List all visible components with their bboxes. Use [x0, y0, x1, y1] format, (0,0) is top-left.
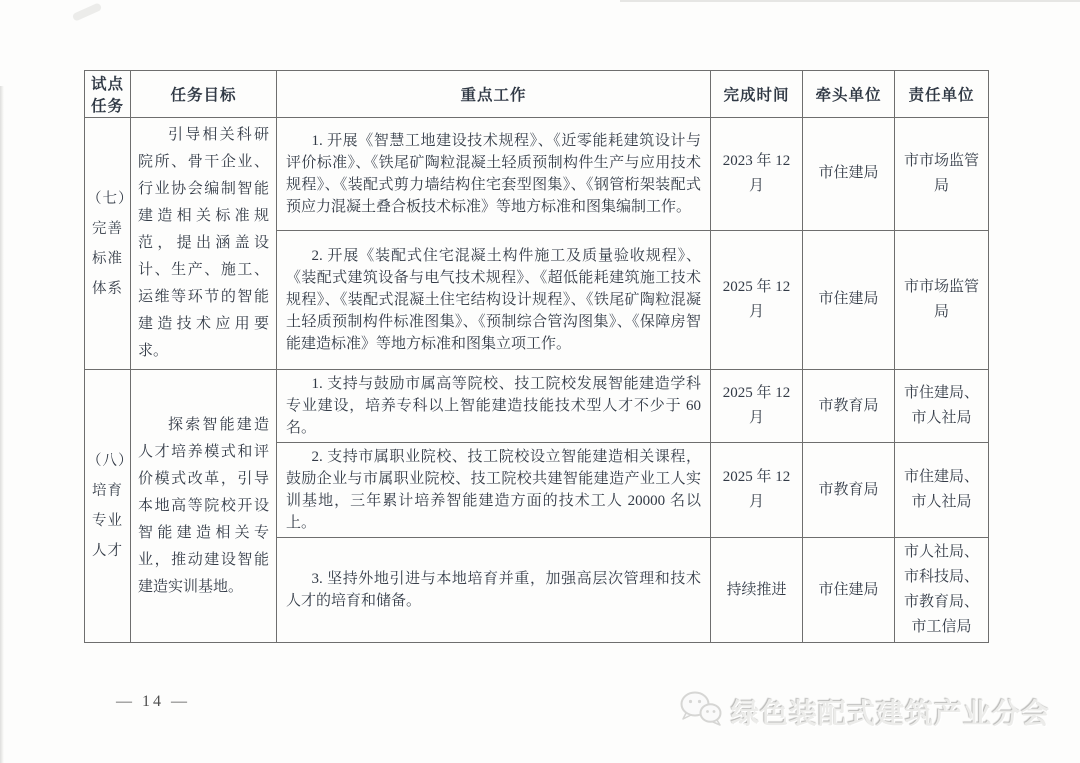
- header-lead-unit: 牵头单位: [803, 71, 895, 118]
- watermark: 绿色装配式建筑产业分会: [679, 690, 1050, 733]
- pilot-task-table: 试点任务 任务目标 重点工作 完成时间 牵头单位 责任单位 （七） 完善 标准 …: [84, 70, 989, 643]
- header-key-work: 重点工作: [277, 71, 711, 118]
- time-cell: 持续推进: [711, 538, 803, 643]
- responsible-unit-cell: 市住建局、市人社局: [895, 370, 989, 443]
- table-row: （八） 培育 专业 人才 探索智能建造人才培养模式和评价模式改革，引导本地高等院…: [85, 370, 989, 443]
- responsible-unit-cell: 市市场监管局: [895, 118, 989, 231]
- scan-edge-artifact: [0, 86, 4, 763]
- work-cell: 1. 支持与鼓励市属高等院校、技工院校发展智能建造学科专业建设，培养专科以上智能…: [277, 370, 711, 443]
- lead-unit-cell: 市教育局: [803, 370, 895, 443]
- responsible-unit-cell: 市住建局、市人社局: [895, 443, 989, 538]
- watermark-text: 绿色装配式建筑产业分会: [731, 692, 1050, 732]
- scanned-document-page: 试点任务 任务目标 重点工作 完成时间 牵头单位 责任单位 （七） 完善 标准 …: [0, 0, 1080, 763]
- responsible-unit-cell: 市市场监管局: [895, 230, 989, 369]
- scan-edge-artifact: [620, 0, 1080, 2]
- responsible-unit-cell: 市人社局、市科技局、市教育局、市工信局: [895, 538, 989, 643]
- task-cell-8: （八） 培育 专业 人才: [85, 370, 131, 643]
- work-cell: 2. 支持市属职业院校、技工院校设立智能建造相关课程，鼓励企业与市属职业院校、技…: [277, 443, 711, 538]
- lead-unit-cell: 市教育局: [803, 443, 895, 538]
- work-cell: 2. 开展《装配式住宅混凝土构件施工及质量验收规程》、《装配式建筑设备与电气技术…: [277, 230, 711, 369]
- time-cell: 2025 年 12 月: [711, 230, 803, 369]
- work-cell: 3. 坚持外地引进与本地培育并重，加强高层次管理和技术人才的培育和储备。: [277, 538, 711, 643]
- goal-cell-8: 探索智能建造人才培养模式和评价模式改革，引导本地高等院校开设智能建造相关专业，推…: [131, 370, 277, 643]
- scan-noise-mark: [72, 2, 103, 22]
- time-cell: 2025 年 12 月: [711, 370, 803, 443]
- table-header-row: 试点任务 任务目标 重点工作 完成时间 牵头单位 责任单位: [85, 71, 989, 118]
- lead-unit-cell: 市住建局: [803, 538, 895, 643]
- work-cell: 1. 开展《智慧工地建设技术规程》、《近零能耗建筑设计与评价标准》、《铁尾矿陶粒…: [277, 118, 711, 231]
- time-cell: 2023 年 12 月: [711, 118, 803, 231]
- table-row: （七） 完善 标准 体系 引导相关科研院所、骨干企业、行业协会编制智能建造相关标…: [85, 118, 989, 231]
- goal-cell-7: 引导相关科研院所、骨干企业、行业协会编制智能建造相关标准规范，提出涵盖设计、生产…: [131, 118, 277, 370]
- lead-unit-cell: 市住建局: [803, 118, 895, 231]
- header-pilot-task: 试点任务: [85, 71, 131, 118]
- task-cell-7: （七） 完善 标准 体系: [85, 118, 131, 370]
- header-task-goal: 任务目标: [131, 71, 277, 118]
- time-cell: 2025 年 12 月: [711, 443, 803, 538]
- header-responsible-unit: 责任单位: [895, 71, 989, 118]
- lead-unit-cell: 市住建局: [803, 230, 895, 369]
- wechat-icon: [679, 690, 723, 733]
- header-completion-time: 完成时间: [711, 71, 803, 118]
- page-number: — 14 —: [116, 693, 190, 711]
